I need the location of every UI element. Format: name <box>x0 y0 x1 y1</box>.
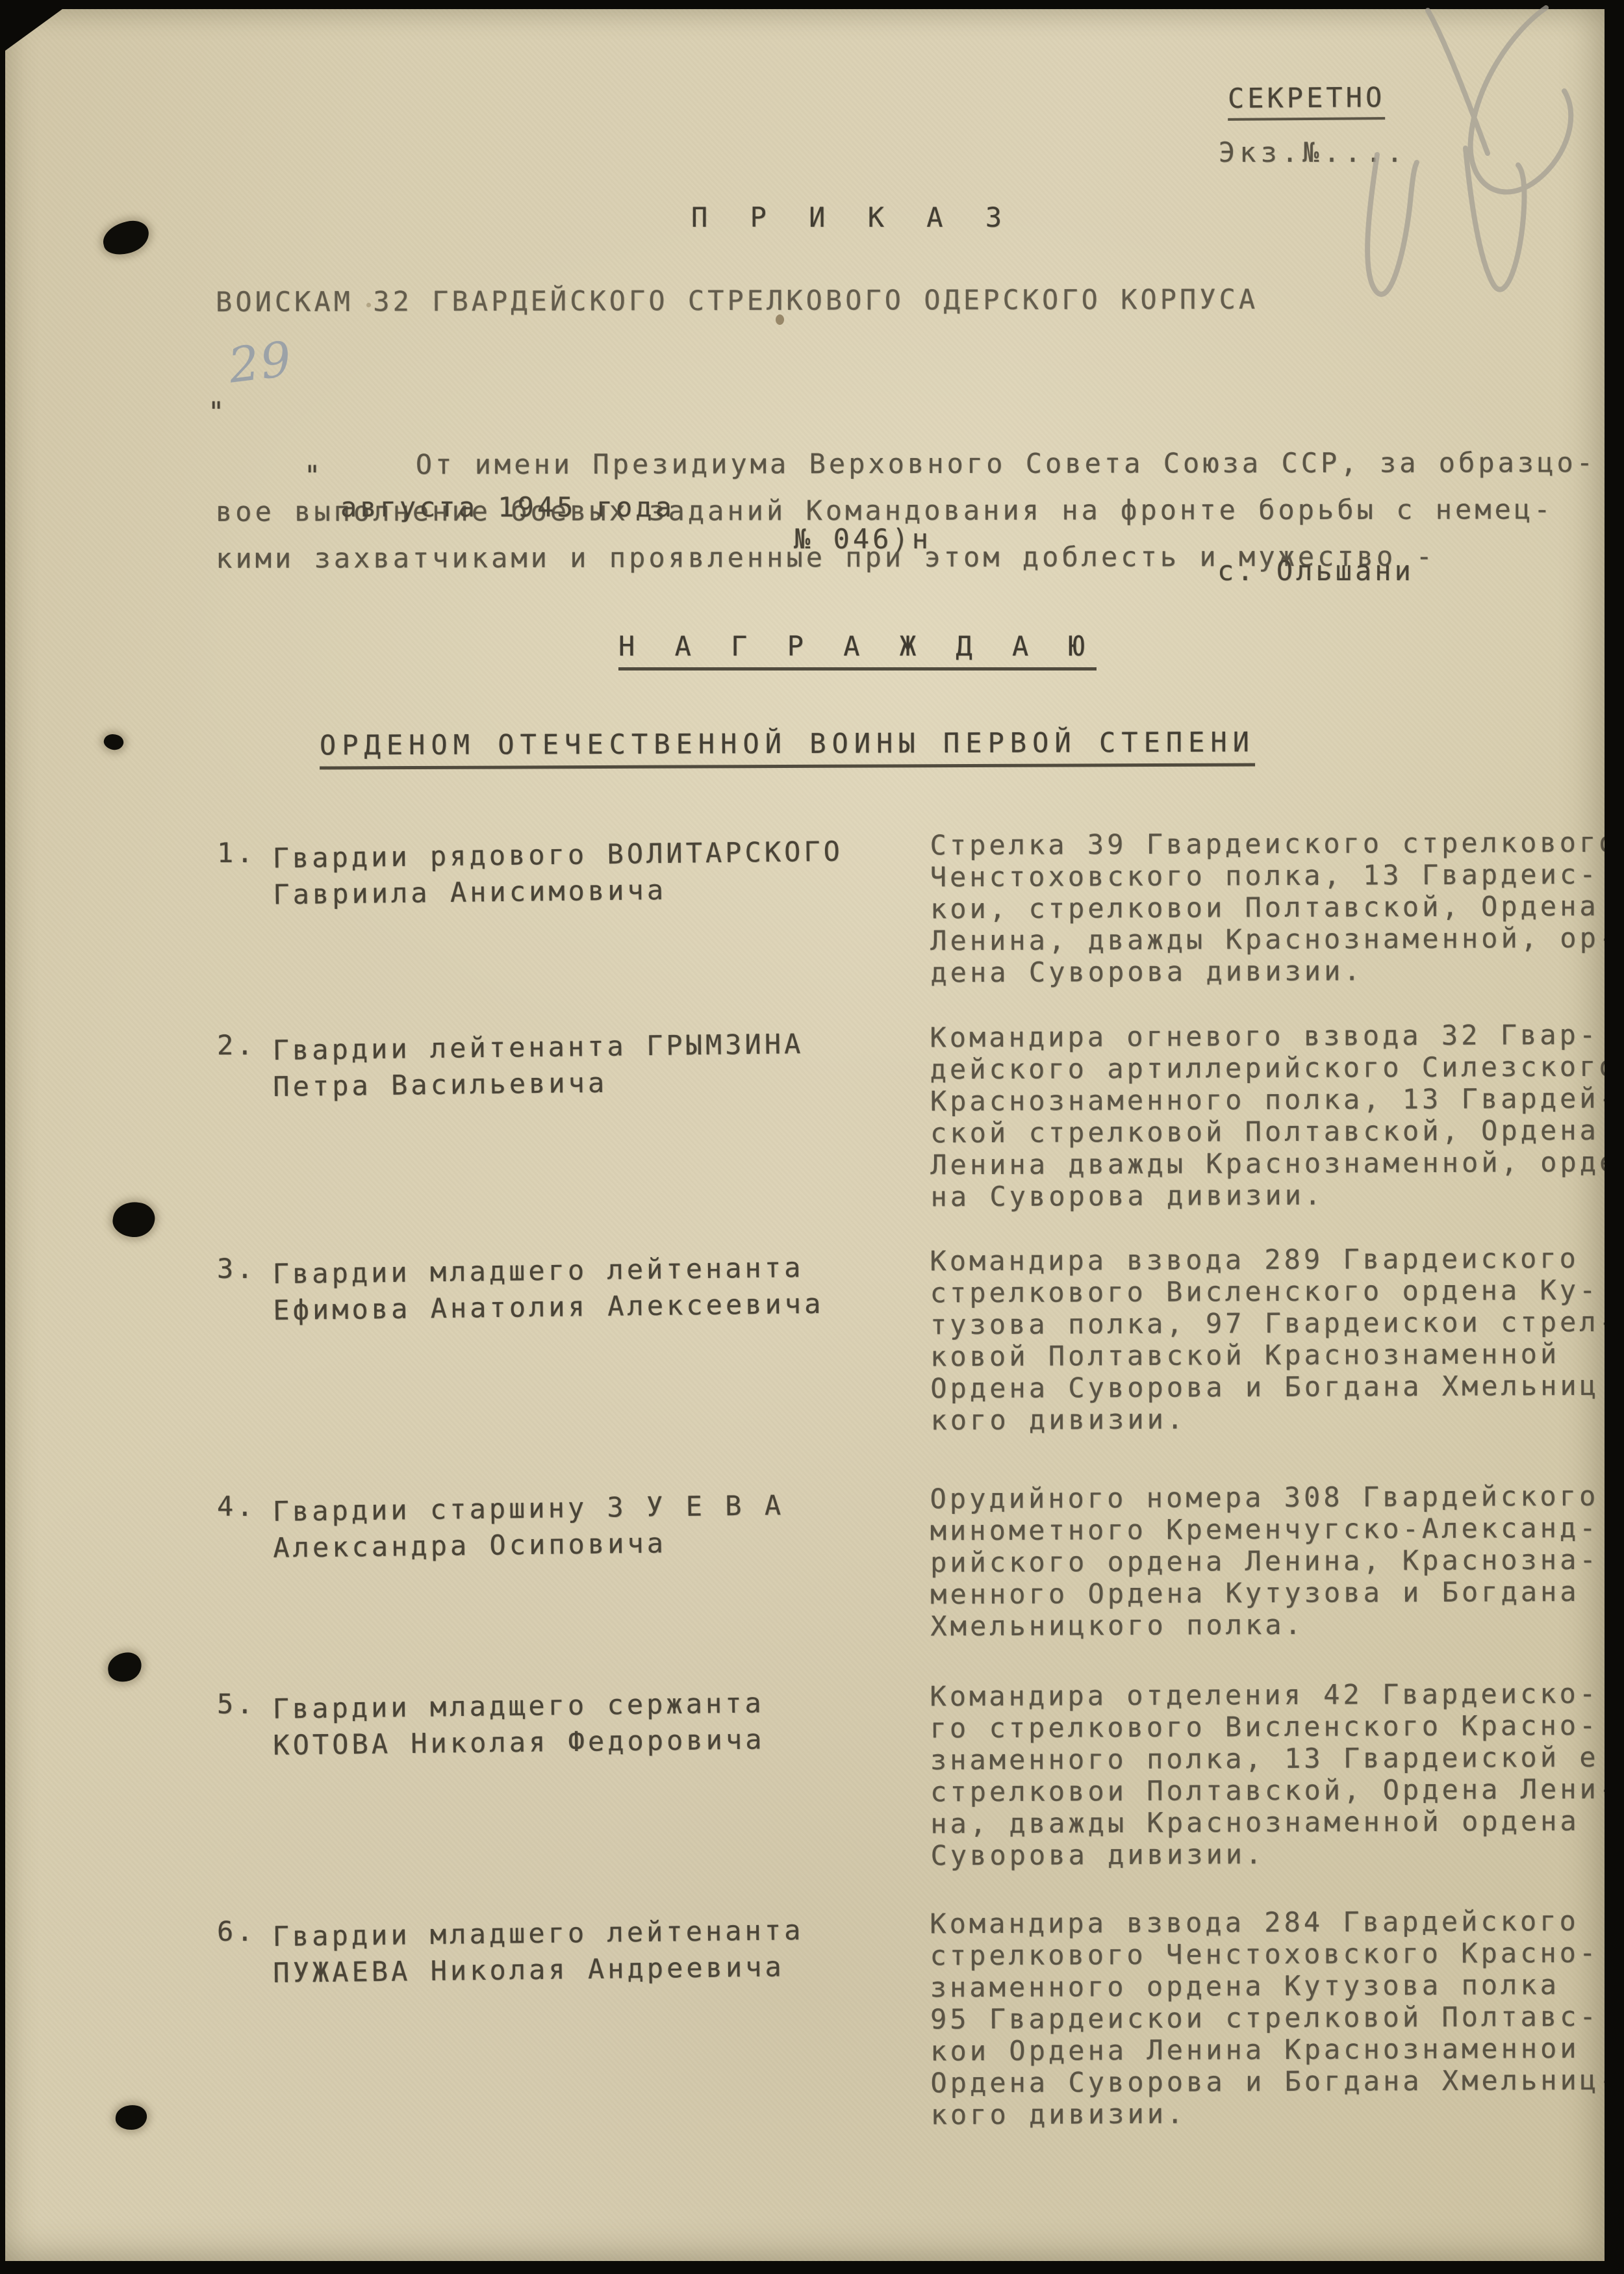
handwritten-day: 29 <box>227 343 294 383</box>
punch-hole <box>110 1199 157 1240</box>
entry-description: Орудийного номера 308 Гвардейского мином… <box>930 1480 1624 1642</box>
punch-hole <box>115 2104 148 2130</box>
copy-number-line: Экз.№.... <box>1219 136 1408 168</box>
entry-name: Гвардии лейтенанта ГРЫМЗИНА Петра Василь… <box>272 1026 804 1105</box>
entry-number: 4. <box>217 1490 257 1522</box>
entry-number: 6. <box>217 1915 257 1947</box>
order-title: П Р И К А З <box>691 201 1015 233</box>
entry-description: Командира отделения 42 Гвардеиско- го ст… <box>930 1678 1624 1872</box>
punch-hole <box>106 1651 144 1684</box>
entry-description: Командира взвода 289 Гвардеиского стрелк… <box>930 1242 1624 1437</box>
issuer-line: ВОИСКАМ 32 ГВАРДЕЙСКОГО СТРЕЛКОВОГО ОДЕР… <box>216 283 1258 318</box>
paper-speck <box>776 314 784 325</box>
entry-name: Гвардии рядового ВОЛИТАРСКОГО Гавриила А… <box>272 834 844 913</box>
preamble-paragraph: От имени Президиума Верховного Совета Со… <box>216 439 1619 582</box>
open-quote: " <box>208 396 227 428</box>
entry-name: Гвардии старшину З У Е В А Александра Ос… <box>272 1487 785 1566</box>
document-page: СЕКРЕТНО Экз.№.... П Р И К А З ВОИСКАМ 3… <box>5 9 1605 2261</box>
entry-number: 5. <box>217 1688 257 1720</box>
entry-description: Командира огневого взвода 32 Гвар- дейск… <box>930 1019 1624 1213</box>
scan-background: { "page": { "secrecy_label": "СЕКРЕТНО",… <box>0 0 1624 2274</box>
punch-hole <box>102 732 125 753</box>
entry-number: 2. <box>217 1029 257 1061</box>
secrecy-stamp: СЕКРЕТНО <box>1228 81 1386 121</box>
entry-description: Командира взвода 284 Гвардейского стрелк… <box>930 1905 1624 2131</box>
entry-number: 1. <box>217 837 257 869</box>
entry-name: Гвардии младшего лейтенанта Ефимова Анат… <box>272 1249 824 1329</box>
punch-hole <box>99 217 152 259</box>
entry-description: Стрелка 39 Гвардеиского стрелкового Ченс… <box>930 826 1624 989</box>
award-order-heading: ОРДЕНОМ ОТЕЧЕСТВЕННОЙ ВОИНЫ ПЕРВОЙ СТЕПЕ… <box>320 726 1255 769</box>
award-verb-heading: Н А Г Р А Ж Д А Ю <box>618 630 1097 671</box>
entry-name: Гвардии младшего лейтенанта ПУЖАЕВА Нико… <box>272 1912 804 1991</box>
entry-name: Гвардии младщего сержанта КОТОВА Николая… <box>272 1685 765 1763</box>
date-line: " 29 " августа 1945 года № 046)н с. Ольш… <box>5 364 1624 409</box>
paper-speck <box>366 303 371 307</box>
entry-number: 3. <box>217 1253 257 1284</box>
